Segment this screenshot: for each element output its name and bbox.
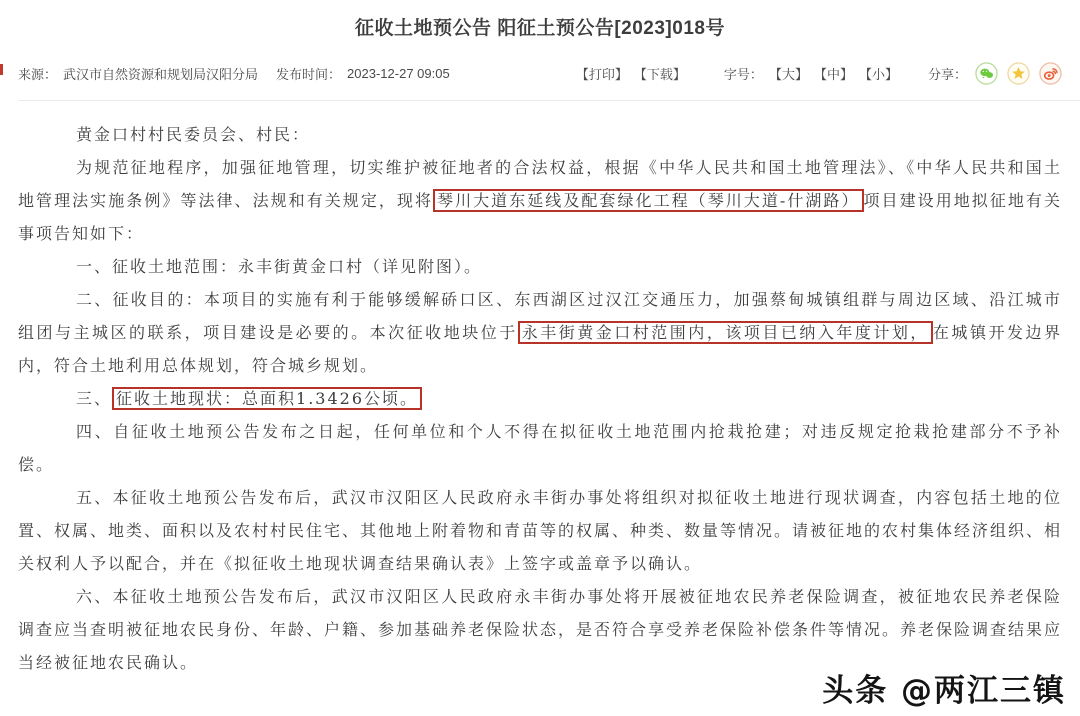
share-label: 分享： (928, 64, 967, 83)
header-divider (18, 100, 1080, 101)
publish-time-value: 2023-12-27 09:05 (347, 66, 450, 81)
salutation: 黄金口村村民委员会、村民： (18, 118, 1062, 151)
source-label: 来源： (18, 64, 57, 83)
highlight-land-area: 征收土地现状：总面积1.3426公顷。 (112, 387, 422, 410)
announcement-page: 征收土地预公告 阳征土预公告[2023]018号 来源：武汉市自然资源和规划局汉… (0, 0, 1080, 716)
share-icon-group (975, 62, 1062, 85)
source-value: 武汉市自然资源和规划局汉阳分局 (63, 64, 258, 83)
print-button[interactable]: 【打印】 (576, 64, 628, 83)
paragraph-intro: 为规范征地程序，加强征地管理，切实维护被征地者的合法权益，根据《中华人民共和国土… (18, 151, 1062, 250)
toolbar: 【打印】 【下载】 字号： 【大】 【中】 【小】 分享： (576, 62, 1062, 85)
paragraph-item2: 二、征收目的：本项目的实施有利于能够缓解硚口区、东西湖区过汉江交通压力，加强蔡甸… (18, 283, 1062, 382)
publish-time-label: 发布时间： (276, 64, 341, 83)
item3-prefix: 三、 (76, 389, 112, 408)
share-wechat-icon[interactable] (975, 62, 998, 85)
announcement-body: 黄金口村村民委员会、村民： 为规范征地程序，加强征地管理，切实维护被征地者的合法… (18, 118, 1062, 679)
meta-info: 来源：武汉市自然资源和规划局汉阳分局 发布时间：2023-12-27 09:05 (18, 64, 450, 83)
fontsize-label: 字号： (724, 64, 763, 83)
highlight-scope-plan: 永丰街黄金口村范围内，该项目已纳入年度计划， (518, 321, 933, 344)
share-weibo-icon[interactable] (1039, 62, 1062, 85)
fontsize-small-button[interactable]: 【小】 (859, 64, 898, 83)
share-star-icon[interactable] (1007, 62, 1030, 85)
download-button[interactable]: 【下载】 (634, 64, 686, 83)
meta-toolbar-row: 来源：武汉市自然资源和规划局汉阳分局 发布时间：2023-12-27 09:05… (18, 62, 1062, 85)
paragraph-item4: 四、自征收土地预公告发布之日起，任何单位和个人不得在拟征收土地范围内抢栽抢建；对… (18, 415, 1062, 481)
page-title: 征收土地预公告 阳征土预公告[2023]018号 (0, 0, 1080, 40)
paragraph-item1: 一、征收土地范围：永丰街黄金口村（详见附图）。 (18, 250, 1062, 283)
fontsize-medium-button[interactable]: 【中】 (814, 64, 853, 83)
left-edge-marker (0, 64, 3, 75)
paragraph-item3: 三、征收土地现状：总面积1.3426公顷。 (18, 382, 1062, 415)
paragraph-item5: 五、本征收土地预公告发布后，武汉市汉阳区人民政府永丰街办事处将组织对拟征收土地进… (18, 481, 1062, 580)
highlight-project-name: 琴川大道东延线及配套绿化工程（琴川大道-什湖路） (433, 189, 863, 212)
toutiao-watermark: 头条 @两江三镇 (822, 665, 1066, 710)
fontsize-large-button[interactable]: 【大】 (769, 64, 808, 83)
